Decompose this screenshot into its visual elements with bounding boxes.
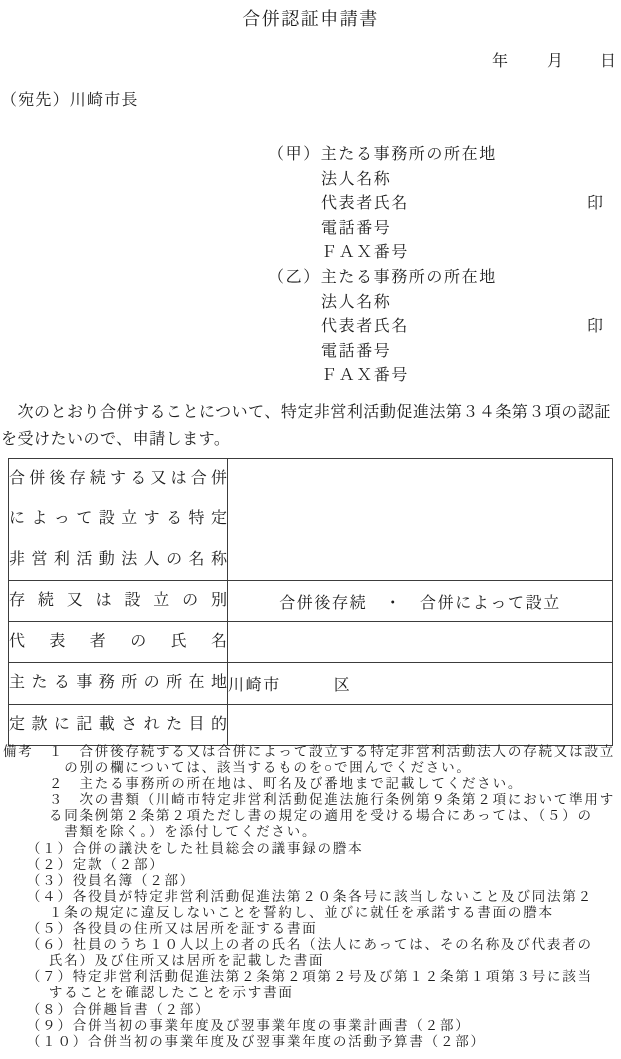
note-line: （１０）合併当初の事業年度及び翌事業年度の活動予算書（２部）: [3, 1034, 621, 1050]
application-statement: 次のとおり合併することについて、特定非営利活動促進法第３４条第３項の認証 を受け…: [1, 399, 619, 453]
note-line: １条の規定に違反しないことを誓約し、並びに就任を承諾する書面の謄本: [3, 905, 621, 921]
party-kou-phone: 電話番号: [268, 217, 613, 242]
table-row-survive-or-establish: 存続又は設立の別 合併後存続 ・ 合併によって設立: [9, 580, 613, 621]
party-kou-header: （甲）主たる事務所の所在地: [268, 143, 613, 168]
note-line: 備考 １ 合併後存続する又は合併によって設立する特定非営利活動法人の存続又は設立: [3, 744, 621, 760]
row-label-cell: 定款に記載された目的: [9, 704, 228, 745]
party-kou-representative-label: 代表者氏名: [321, 195, 409, 212]
note-line: （９）合併当初の事業年度及び翌事業年度の事業計画書（２部）: [3, 1018, 621, 1034]
table-row-articles-purpose: 定款に記載された目的: [9, 704, 613, 745]
note-line: （４）各役員が特定非営利活動促進法第２０条各号に該当しないこと及び同法第２: [3, 889, 621, 905]
note-line: （５）各役員の住所又は居所を証する書面: [3, 921, 621, 937]
note-line: 氏名）及び住所又は居所を記載した書面: [3, 953, 621, 969]
note-line: （３）役員名簿（２部）: [3, 873, 621, 889]
party-kou-corporate-name: 法人名称: [268, 168, 613, 193]
note-line: することを確認したことを示す書面: [3, 985, 621, 1001]
party-otsu-representative-label: 代表者氏名: [321, 318, 409, 335]
table-row-office-address: 主たる事務所の所在地 川崎市 区: [9, 663, 613, 704]
note-line: （７）特定非営利活動促進法第２条第２項第２号及び第１２条第１項第３号に該当: [3, 969, 621, 985]
row-value-cell: [228, 459, 613, 581]
remarks-block: 備考 １ 合併後存続する又は合併によって設立する特定非営利活動法人の存続又は設立…: [3, 744, 621, 1050]
row-label-line: 合併後存続する又は合併: [9, 459, 227, 499]
row-label-cell: 合併後存続する又は合併 によって設立する特定 非営利活動法人の名称: [9, 459, 228, 581]
party-otsu-header: （乙）主たる事務所の所在地: [268, 266, 613, 291]
row-label-line: 存続又は設立の別: [9, 581, 227, 621]
row-value-cell: [228, 622, 613, 663]
date-month-label: 月: [547, 48, 563, 71]
party-kou-representative-line: 代表者氏名印: [268, 192, 613, 217]
note-line: ３ 次の書類（川崎市特定非営利活動促進法施行条例第９条第２項において準用す: [3, 792, 621, 808]
table-row-representative-name: 代表者の氏名: [9, 622, 613, 663]
row-label-cell: 存続又は設立の別: [9, 580, 228, 621]
application-form-page: 合併認証申請書 年 月 日 （宛先）川崎市長 （甲）主たる事務所の所在地 法人名…: [0, 0, 621, 1059]
row-value-cell: 川崎市 区: [228, 663, 613, 704]
party-kou-block: （甲）主たる事務所の所在地 法人名称 代表者氏名印 電話番号 ＦＡＸ番号: [268, 143, 613, 266]
party-otsu-fax: ＦＡＸ番号: [268, 364, 613, 389]
row-label-line: 非営利活動法人の名称: [9, 540, 227, 580]
merger-details-table: 合併後存続する又は合併 によって設立する特定 非営利活動法人の名称 存続又は設立…: [8, 458, 613, 746]
row-label-cell: 主たる事務所の所在地: [9, 663, 228, 704]
party-otsu-block: （乙）主たる事務所の所在地 法人名称 代表者氏名印 電話番号 ＦＡＸ番号: [268, 266, 613, 389]
note-line: ２ 主たる事務所の所在地は、町名及び番地まで記載してください。: [3, 776, 621, 792]
row-label-line: 代表者の氏名: [9, 622, 227, 662]
party-otsu-corporate-name: 法人名称: [268, 291, 613, 316]
note-line: の別の欄については、該当するものを○で囲んでください。: [3, 760, 621, 776]
party-otsu-representative-line: 代表者氏名印: [268, 315, 613, 340]
note-line: る同条例第２条第２項ただし書の規定の適用を受ける場合にあっては、（５）の: [3, 808, 621, 824]
statement-line-2: を受けたいので、申請します。: [1, 426, 619, 453]
table-row-corporation-name: 合併後存続する又は合併 によって設立する特定 非営利活動法人の名称: [9, 459, 613, 581]
row-label-line: 定款に記載された目的: [9, 705, 227, 745]
seal-mark: 印: [587, 192, 603, 217]
row-label-cell: 代表者の氏名: [9, 622, 228, 663]
party-otsu-phone: 電話番号: [268, 340, 613, 365]
row-label-line: 主たる事務所の所在地: [9, 663, 227, 703]
statement-line-1: 次のとおり合併することについて、特定非営利活動促進法第３４条第３項の認証: [1, 399, 619, 426]
row-value-cell: [228, 704, 613, 745]
note-line: 書類を除く。）を添付してください。: [3, 824, 621, 840]
note-line: （８）合併趣旨書（２部）: [3, 1002, 621, 1018]
party-kou-fax: ＦＡＸ番号: [268, 241, 613, 266]
date-year-label: 年: [492, 48, 508, 71]
addressee-line: （宛先）川崎市長: [1, 87, 139, 110]
seal-mark: 印: [587, 315, 603, 340]
row-value-cell: 合併後存続 ・ 合併によって設立: [228, 580, 613, 621]
note-line: （６）社員のうち１０人以上の者の氏名（法人にあっては、その名称及び代表者の: [3, 937, 621, 953]
note-line: （１）合併の議決をした社員総会の議事録の謄本: [3, 841, 621, 857]
form-title: 合併認証申請書: [0, 5, 621, 31]
row-label-line: によって設立する特定: [9, 499, 227, 539]
date-day-label: 日: [600, 48, 616, 71]
note-line: （２）定款（２部）: [3, 857, 621, 873]
